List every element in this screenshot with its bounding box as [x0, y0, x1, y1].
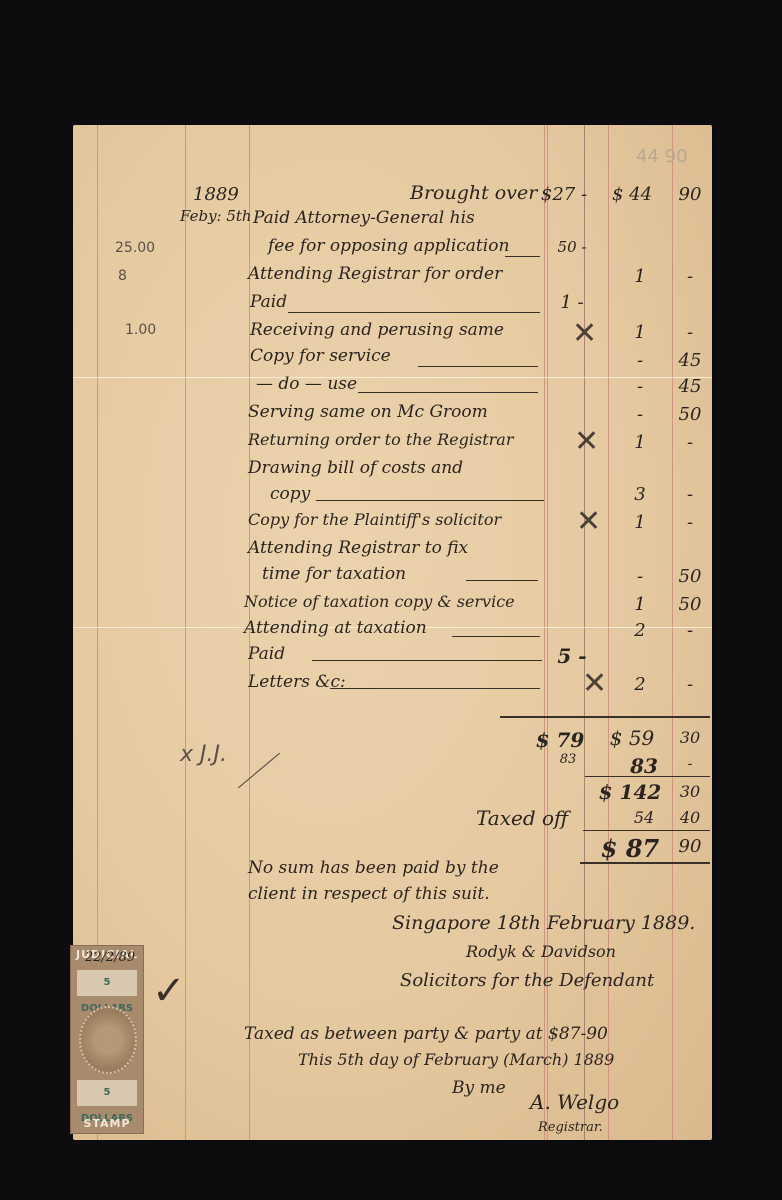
firm-role: Solicitors for the Defendant	[400, 970, 654, 991]
final-dollars: $ 87	[588, 834, 672, 863]
entry-description: Attending Registrar to fix	[248, 538, 468, 558]
margin-note: 1.00	[125, 322, 156, 338]
margin-note: 8	[118, 268, 127, 284]
entry-description: Attending at taxation	[244, 618, 427, 638]
leader-line	[312, 660, 542, 661]
faint-header-amount: 44 90	[636, 146, 688, 167]
taxed-off-dollars: 54	[614, 808, 674, 827]
entry-description: Copy for the Plaintiff's solicitor	[248, 510, 501, 529]
subtotal-col1-note: 83	[548, 752, 588, 767]
check-x-mark-icon: ✕	[582, 666, 607, 701]
entry-description: Receiving and perusing same	[250, 320, 504, 340]
entry-description: Attending Registrar for order	[248, 264, 502, 284]
leader-line	[358, 392, 538, 393]
entry-dollars: 1	[610, 322, 670, 343]
stamp-value-top: 5 DOLLARS	[77, 970, 137, 996]
entry-dollars: 1	[610, 512, 670, 533]
subtotal-cents: 30	[672, 728, 708, 747]
entry-col1: 1 -	[548, 292, 596, 313]
entry-dollars: 3	[610, 484, 670, 505]
leader-line	[316, 500, 544, 501]
entry-dollars: -	[610, 376, 670, 397]
entry-dollars: 2	[610, 674, 670, 695]
taxation-date-line: This 5th day of February (March) 1889	[298, 1050, 614, 1069]
leader-line	[452, 636, 540, 637]
margin-note: 25.00	[115, 240, 155, 256]
brought-over-col1: $27 -	[540, 184, 588, 205]
check-x-mark-icon: ✕	[576, 504, 601, 539]
leader-line	[418, 366, 538, 367]
check-mark-icon: ✓	[152, 968, 186, 1014]
subtotal-col1: $ 79	[530, 728, 590, 752]
check-x-mark-icon: ✕	[572, 316, 597, 351]
entry-col1: 50 -	[548, 238, 596, 256]
place-date: Singapore 18th February 1889.	[392, 912, 695, 934]
final-cents: 90	[672, 836, 708, 857]
registrar-title: Registrar.	[538, 1120, 603, 1135]
entry-description: Paid	[250, 292, 287, 312]
entry-col1: 5 -	[548, 644, 596, 668]
statement-line: No sum has been paid by the	[248, 858, 499, 878]
year: 1889	[193, 184, 239, 205]
sum-cents: 30	[672, 782, 708, 801]
carried-cents: -	[672, 756, 708, 772]
entry-dollars: 1	[610, 266, 670, 287]
queen-portrait-icon	[79, 1006, 137, 1074]
brought-over-dollars: $ 44	[596, 184, 668, 205]
entry-cents: 45	[672, 350, 708, 371]
entry-cents: -	[672, 266, 708, 287]
entry-cents: -	[672, 674, 708, 695]
entry-description: Serving same on Mc Groom	[248, 402, 488, 422]
registrar-signature: A. Welgo	[530, 1090, 619, 1114]
stamp-cancel-note: 22/2/89	[85, 950, 135, 965]
entry-cents: -	[672, 322, 708, 343]
final-rule	[583, 830, 710, 831]
entry-cents: -	[672, 484, 708, 505]
entry-cents: -	[672, 620, 708, 641]
entry-description: Paid	[248, 644, 285, 664]
entry-description: Notice of taxation copy & service	[244, 592, 515, 611]
entry-dollars: 1	[610, 432, 670, 453]
sum-rule	[585, 776, 710, 777]
initials-note: x J.J.	[180, 742, 227, 767]
entry-date: Feby: 5th	[180, 207, 252, 225]
entry-dollars: -	[610, 350, 670, 371]
taxation-line: Taxed as between party & party at $87-90	[244, 1024, 608, 1044]
brought-over-cents: 90	[672, 184, 708, 205]
leader-line	[505, 256, 540, 257]
entry-dollars: -	[610, 566, 670, 587]
entry-cents: -	[672, 512, 708, 533]
leader-line	[330, 688, 540, 689]
entry-dollars: 1	[610, 594, 670, 615]
entry-description: Drawing bill of costs and	[248, 458, 463, 478]
carried-dollars: 83	[614, 754, 674, 778]
total-rule	[500, 716, 710, 718]
entry-cents: 50	[672, 404, 708, 425]
entry-dollars: 2	[610, 620, 670, 641]
by-me-label: By me	[452, 1078, 506, 1098]
entry-description: fee for opposing application	[268, 236, 509, 256]
taxed-off-cents: 40	[672, 808, 708, 827]
entry-cents: 50	[672, 566, 708, 587]
sum-dollars: $ 142	[590, 780, 670, 804]
final-double-rule	[580, 862, 710, 864]
entry-description: Returning order to the Registrar	[248, 430, 513, 449]
entry-cents: 50	[672, 594, 708, 615]
entry-description: Copy for service	[250, 346, 391, 366]
judicial-stamp: JUDICIAL 5 DOLLARS 5 DOLLARS STAMP 22/2/…	[70, 945, 144, 1134]
leader-line	[466, 580, 538, 581]
stamp-bottom-label: STAMP	[71, 1115, 143, 1133]
entry-description: — do — use	[256, 374, 357, 394]
statement-line: client in respect of this suit.	[248, 884, 490, 904]
entry-description: copy	[270, 484, 310, 504]
entry-description: Paid Attorney-General his	[253, 208, 475, 228]
leader-line	[288, 312, 540, 313]
subtotal-dollars: $ 59	[596, 726, 668, 750]
entry-cents: -	[672, 432, 708, 453]
stamp-value-bottom: 5 DOLLARS	[77, 1080, 137, 1106]
taxed-off-label: Taxed off	[476, 806, 568, 830]
entry-description: time for taxation	[262, 564, 406, 584]
entry-dollars: -	[610, 404, 670, 425]
check-x-mark-icon: ✕	[574, 424, 599, 459]
entry-cents: 45	[672, 376, 708, 397]
firm-signature: Rodyk & Davidson	[466, 942, 616, 961]
entry-description: Letters &c:	[248, 672, 346, 692]
brought-over-label: Brought over	[410, 182, 537, 204]
